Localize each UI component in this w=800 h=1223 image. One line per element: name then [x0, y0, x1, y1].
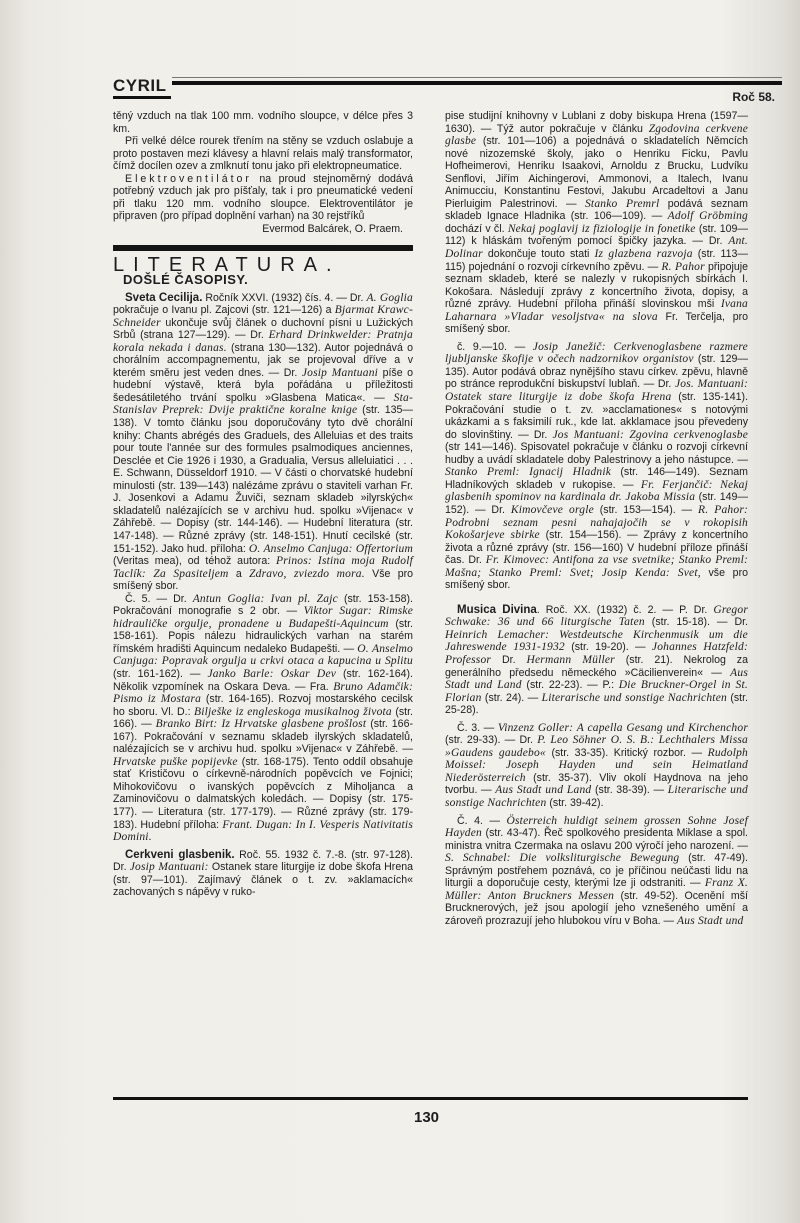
- text-run: a: [229, 568, 250, 580]
- cited-title: Hermann Müller: [526, 654, 614, 666]
- cited-title: Nekaj poglavij iz fiziologije in fonetik…: [508, 223, 696, 235]
- paragraph: Č. 3. — Vinzenz Goller: A capella Gesang…: [445, 722, 748, 810]
- cited-title: S. Schnabel: Die volksliturgische Bewegu…: [445, 852, 679, 864]
- text-run: Elektroventilátor: [125, 173, 252, 185]
- cited-title: Stanko Premrl: [585, 198, 659, 210]
- paragraph: Elektroventilátor na proud stejnoměrný d…: [113, 173, 413, 223]
- journal-title: CYRIL: [113, 76, 167, 96]
- cited-title: Bilješke iz engleskoga musikalnog života: [194, 706, 392, 718]
- text-run: (str. 15-18). — Dr.: [645, 616, 748, 628]
- text-run: (Veritas mea), od téhož autora:: [113, 555, 276, 567]
- article-ending: těný vzduch na tlak 100 mm. vodního slou…: [113, 110, 413, 223]
- cited-title: Vinzenz Goller: A capella Gesang und Kir…: [498, 722, 748, 734]
- paragraph: Cerkveni glasbenik. Roč. 55. 1932 č. 7.-…: [113, 849, 413, 899]
- cited-title: Kimovčeve orgle: [511, 504, 594, 516]
- section-divider: [113, 245, 413, 251]
- title-underline: [113, 96, 171, 99]
- text-run: (str 141—146). Spisovatel pokračuje v čl…: [445, 441, 748, 466]
- text-run: Ročník XXVI. (1932) čís. 4. — Dr.: [202, 292, 366, 304]
- cited-title: Branko Birt: Iz Hrvatske glasbene prošlo…: [156, 718, 367, 730]
- text-run: (str. 39-42).: [546, 797, 603, 809]
- text-run: dochází v čl.: [445, 223, 508, 235]
- cited-title: Jos Mantuani: Zgovina cerkvenoglasbe: [553, 429, 749, 441]
- cited-title: O. Anselmo Canjuga: Offertorium: [249, 543, 413, 555]
- journal-name: Musica Divina: [457, 604, 537, 616]
- text-run: (str. 24). —: [482, 692, 542, 704]
- cited-title: Janko Barle: Oskar Dev: [208, 668, 337, 680]
- text-run: (str. 43-47). Řeč spolkového presidenta …: [445, 827, 748, 852]
- article-signature: Evermod Balcárek, O. Praem.: [113, 223, 413, 236]
- journal-reviews: Sveta Cecilija. Ročník XXVI. (1932) čís.…: [113, 292, 413, 899]
- paragraph: těný vzduch na tlak 100 mm. vodního slou…: [113, 110, 413, 135]
- cited-title: Antun Goglia: Ivan pl. Zajc: [193, 593, 338, 605]
- cited-title: Stanko Preml: Ignacij Hladnik: [445, 466, 611, 478]
- text-run: Č. 3. —: [457, 722, 498, 734]
- text-run: č. 9.—10. —: [457, 341, 533, 353]
- text-run: (str. 29-33). — Dr.: [445, 734, 537, 746]
- paragraph: Sveta Cecilija. Ročník XXVI. (1932) čís.…: [113, 292, 413, 593]
- text-run: Dr.: [491, 654, 526, 666]
- text-run: (str. 153—154). —: [594, 504, 698, 516]
- cited-title: Iz glazbena razvoja: [594, 248, 692, 260]
- text-run: Při velké délce rourek třením na stěny s…: [113, 135, 413, 172]
- text-run: pokračuje o Ivanu pl. Zajcovi (str. 121—…: [113, 304, 335, 316]
- cited-title: Literarische und sonstige Nachrichten: [542, 692, 727, 704]
- cited-title: Josip Mantuani:: [130, 861, 209, 873]
- paragraph: Musica Divina. Roč. XX. (1932) č. 2. — P…: [445, 604, 748, 717]
- text-run: (str. 135—138). V tomto článku jsou dopo…: [113, 404, 413, 554]
- text-run: Č. 5. — Dr.: [125, 593, 193, 605]
- section-title: LITERATURA.: [113, 259, 413, 272]
- text-run: (str. 22-23). — P.:: [522, 679, 619, 691]
- text-run: (str. 19-20). —: [565, 641, 652, 653]
- journal-name: Cerkveni glasbenik.: [125, 849, 235, 861]
- text-run: dokončuje touto stati: [483, 248, 595, 260]
- left-column: těný vzduch na tlak 100 mm. vodního slou…: [113, 110, 413, 899]
- volume-label: Roč 58.: [732, 90, 775, 104]
- journal-reviews-continued: pise studijní knihovny v Lublani z doby …: [445, 110, 748, 927]
- cited-title: A. Goglia: [366, 292, 413, 304]
- right-column: pise studijní knihovny v Lublani z doby …: [445, 110, 748, 927]
- journal-name: Sveta Cecilija.: [125, 292, 202, 304]
- paragraph: pise studijní knihovny v Lublani z doby …: [445, 110, 748, 336]
- cited-title: Josip Mantuani: [302, 367, 378, 379]
- cited-title: Hrvatske puške popijevke: [113, 756, 238, 768]
- page-number: 130: [414, 1109, 439, 1126]
- header-thin-rule: [172, 77, 782, 78]
- text-run: . Roč. XX. (1932) č. 2. — P. Dr.: [537, 604, 714, 616]
- journal-page: CYRIL Roč 58. těný vzduch na tlak 100 mm…: [0, 0, 800, 1223]
- cited-title: R. Pahor: [661, 261, 704, 273]
- text-run: (str. 161-162). —: [113, 668, 208, 680]
- text-run: Č. 4. —: [457, 815, 507, 827]
- cited-title: Aus Stadt und Land: [495, 784, 591, 796]
- footer-rule: [113, 1097, 748, 1100]
- text-run: těný vzduch na tlak 100 mm. vodního slou…: [113, 110, 413, 135]
- paragraph: č. 9.—10. — Josip Janežič: Cerkvenoglasb…: [445, 341, 748, 592]
- cited-title: Adolf Gröbming: [668, 210, 748, 222]
- paragraph: Č. 4. — Österreich huldigt seinem grosse…: [445, 815, 748, 928]
- header-rule: [172, 81, 782, 85]
- cited-title: Zdravo, zviezdo mora.: [249, 568, 365, 580]
- cited-title: Aus Stadt und: [677, 915, 744, 927]
- text-run: (str. 33-35). Kritický rozbor. —: [546, 747, 708, 759]
- paragraph: Č. 5. — Dr. Antun Goglia: Ivan pl. Zajc …: [113, 593, 413, 844]
- paragraph: Při velké délce rourek třením na stěny s…: [113, 135, 413, 173]
- text-run: (str. 38-39). —: [591, 784, 667, 796]
